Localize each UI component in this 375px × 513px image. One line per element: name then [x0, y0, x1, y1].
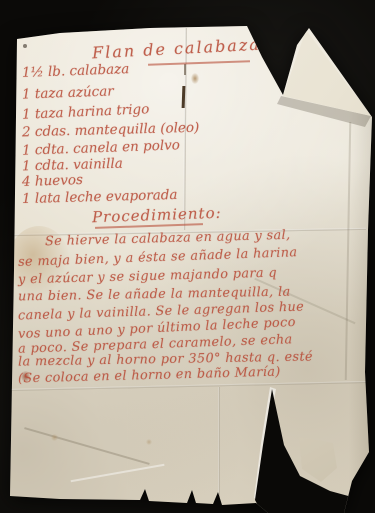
diagonal-crease-bottom-left: [24, 427, 149, 464]
stain-dot-top: [191, 73, 199, 84]
photo-background: Flan de calabaza 1½ lb. calabaza 1 taza …: [0, 0, 375, 513]
ingredient-line: 1 lata leche evaporada: [22, 187, 178, 207]
staple-mark-small: [184, 64, 186, 75]
ingredient-line: 1 taza harina trigo: [22, 101, 150, 123]
recipe-paper: Flan de calabaza 1½ lb. calabaza 1 taza …: [0, 0, 375, 513]
vertical-crease-lower: [218, 387, 220, 503]
diagonal-crease-bottom: [71, 464, 165, 482]
paper-wrapper: Flan de calabaza 1½ lb. calabaza 1 taza …: [0, 0, 375, 513]
title-underline: [148, 60, 250, 65]
ingredient-line: 4 huevos: [22, 172, 83, 190]
recipe-title: Flan de calabaza: [92, 35, 262, 63]
vertical-crease-right: [345, 122, 352, 380]
ingredient-line: 1½ lb. calabaza: [22, 61, 130, 81]
stain-dot-bottom-left: [51, 434, 58, 441]
speck-top-left: [23, 44, 27, 48]
stain-dot-bottom-mid: [146, 439, 152, 445]
ingredient-line: 1 taza azúcar: [22, 83, 114, 102]
